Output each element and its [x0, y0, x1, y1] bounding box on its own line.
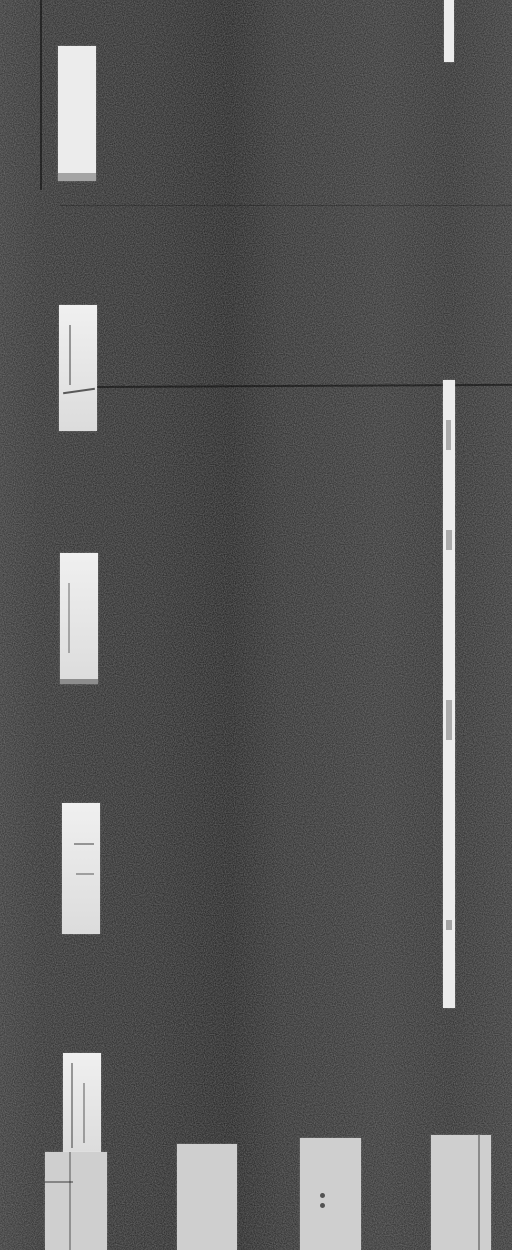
lane-dash-1 — [58, 46, 96, 181]
pavement-seam — [40, 0, 42, 190]
edge-line — [443, 380, 455, 1008]
crosswalk-stripe-4 — [431, 1135, 491, 1250]
crosswalk-stripe-2 — [177, 1144, 237, 1250]
pavement-seam — [60, 205, 512, 206]
edge-line-top — [444, 0, 454, 62]
road-pavement-scene — [0, 0, 512, 1250]
lane-dash-4 — [62, 803, 100, 934]
crosswalk-stripe-3 — [300, 1138, 361, 1250]
crosswalk-stripe-1 — [45, 1152, 107, 1250]
lane-dash-5 — [63, 1053, 101, 1153]
lane-dash-3 — [60, 553, 98, 684]
lane-dash-2 — [59, 305, 97, 431]
